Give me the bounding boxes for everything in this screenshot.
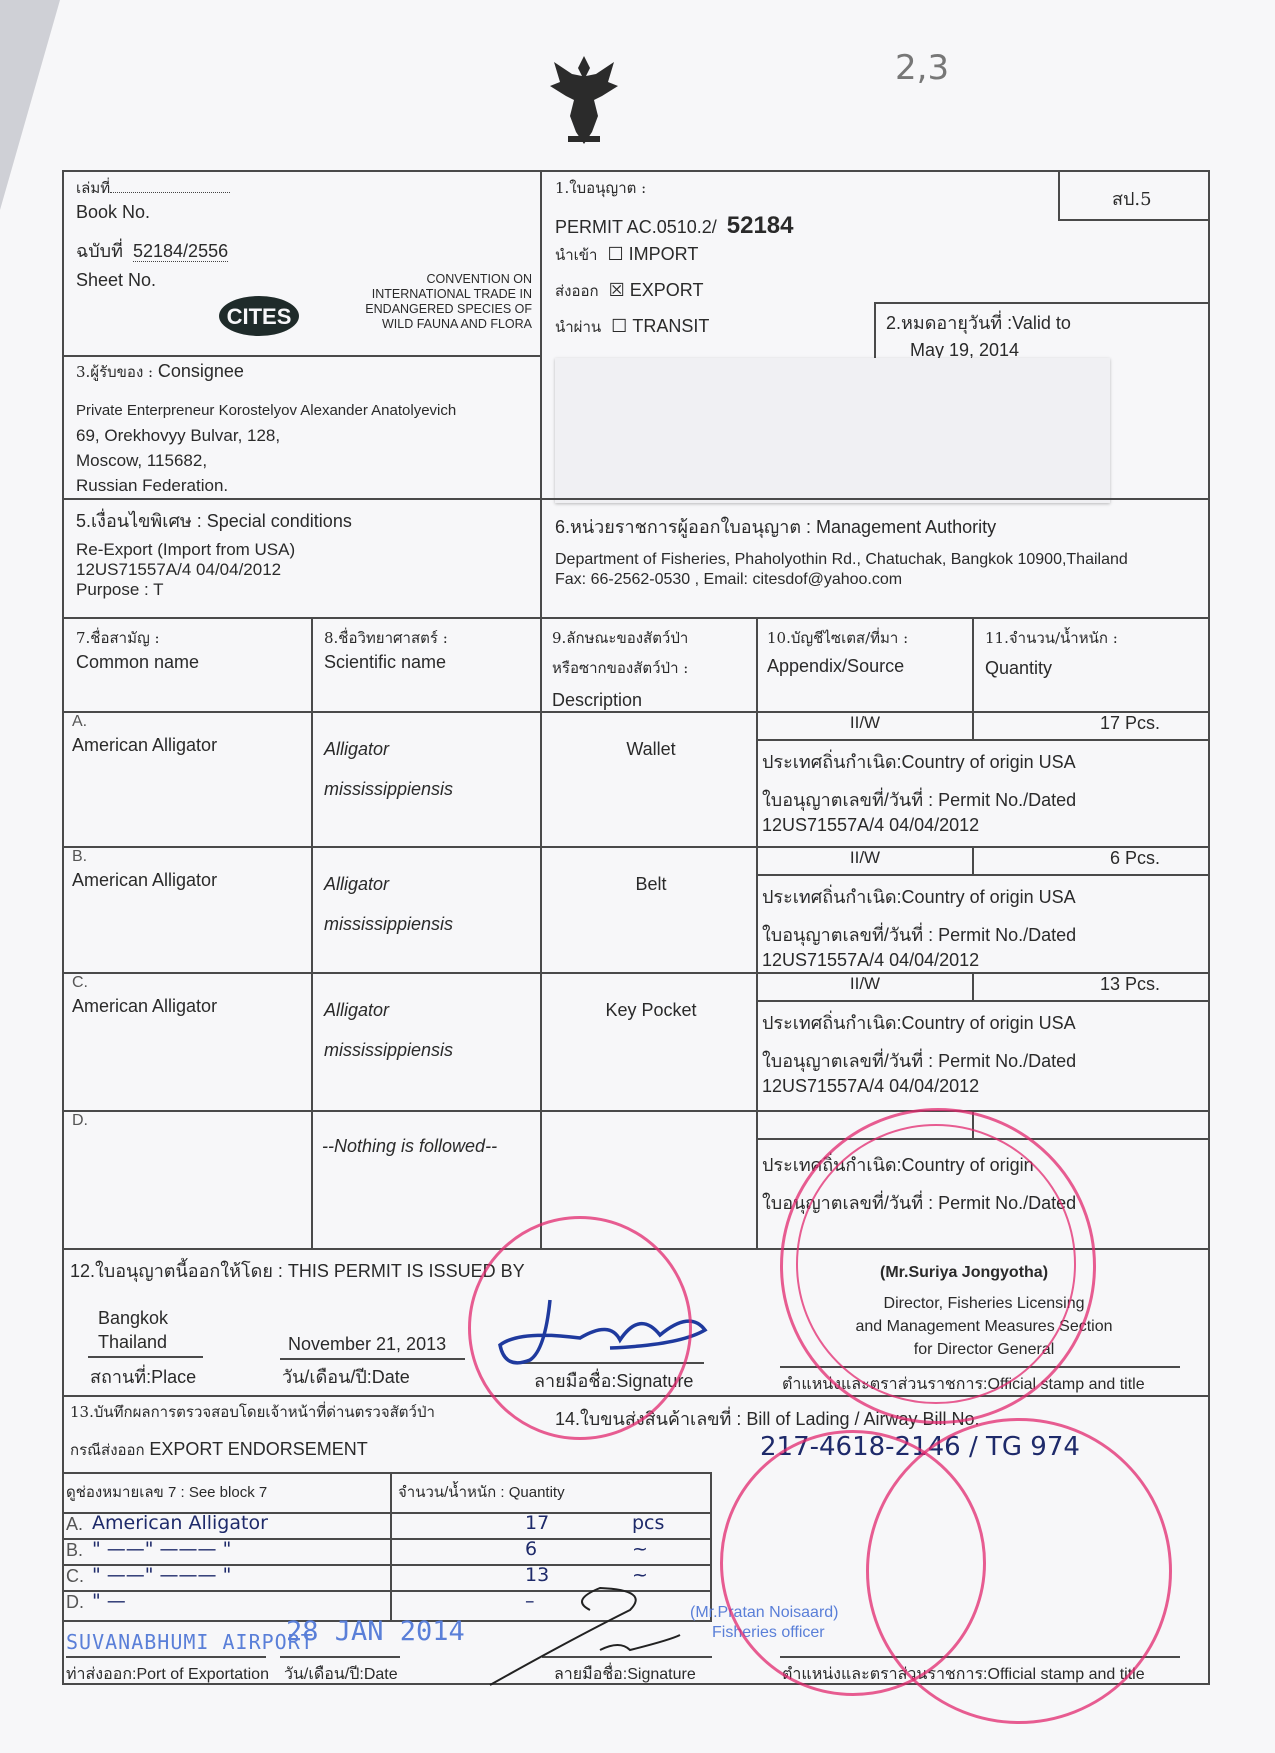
- fisheries-seal-stamp-4: [866, 1418, 1172, 1724]
- permit-dated-label: ใบอนุญาตเลขที่/วันที่ : Permit No./Dated: [762, 1046, 1076, 1075]
- special-conditions-text: Re-Export (Import from USA) 12US71557A/4…: [76, 540, 295, 600]
- option-export: ส่งออก ☒ EXPORT: [555, 279, 703, 303]
- authority-label: 6.หน่วยราชการผู้ออกใบอนุญาต : Management…: [555, 512, 996, 541]
- permit-dated-value: 12US71557A/4 04/04/2012: [762, 815, 979, 836]
- permit-label: 1.ใบอนุญาต :: [555, 176, 646, 200]
- scientific-name-genus: Alligator: [324, 874, 389, 895]
- appendix-source: II/W: [760, 848, 970, 868]
- appendix-divider: [756, 874, 1210, 876]
- header-sci-en: Scientific name: [324, 652, 446, 673]
- endo-row-letter: C.: [66, 1566, 84, 1587]
- header-qty-en: Quantity: [985, 658, 1052, 679]
- header-appendix-th: 10.บัญชีไซเตส/ที่มา :: [767, 626, 908, 650]
- qty-divider: [972, 846, 974, 874]
- sheet-number: ฉบับที่ 52184/2556: [76, 236, 228, 265]
- endorsement-label: 13.บันทึกผลการตรวจสอบโดยเจ้าหน้าที่ด่านต…: [70, 1400, 435, 1424]
- endo-row-letter: B.: [66, 1540, 83, 1561]
- port-underline: [66, 1656, 266, 1658]
- convention-text: CONVENTION ON INTERNATIONAL TRADE IN END…: [335, 272, 532, 332]
- port-stamp: SUVANABHUMI AIRPORT: [66, 1630, 314, 1654]
- col-divider-4-header: [972, 617, 974, 711]
- appendix-source: II/W: [760, 713, 970, 733]
- form-code: สป.5: [1112, 184, 1152, 213]
- book-label-th: เล่มที่: [76, 176, 230, 200]
- form-code-box-bottom: [1058, 219, 1210, 221]
- endo-top: [62, 1472, 712, 1474]
- place-underline: [88, 1356, 203, 1358]
- scientific-name-genus: Alligator: [324, 739, 389, 760]
- row-letter: A.: [72, 713, 87, 731]
- scientific-name-species: mississippiensis: [324, 914, 453, 935]
- header-common-en: Common name: [76, 652, 199, 673]
- import-checkbox: ☐: [608, 244, 624, 264]
- header-desc-th2: หรือซากของสัตว์ป่า :: [552, 656, 688, 680]
- valid-box-left: [874, 302, 876, 360]
- fisheries-seal-stamp-1: [468, 1216, 692, 1440]
- officer-signature-icon: [480, 1580, 720, 1690]
- port-label: ท่าส่งออก:Port of Exportation: [66, 1662, 269, 1687]
- sheet-label-en: Sheet No.: [76, 270, 156, 291]
- endo-col2-header: จำนวน/น้ำหนัก : Quantity: [398, 1480, 565, 1504]
- option-transit: นำผ่าน ☐ TRANSIT: [555, 315, 709, 339]
- export-date-label: วัน/เดือน/ปี:Date: [284, 1662, 398, 1687]
- issued-date: November 21, 2013: [288, 1334, 446, 1355]
- frame-right: [1208, 170, 1210, 1685]
- endo-row-item: " ——" ——— ": [92, 1538, 231, 1560]
- quantity: 13 Pcs.: [980, 974, 1160, 995]
- row-letter: C.: [72, 974, 88, 992]
- export-date-stamp: 28 JAN 2014: [286, 1616, 465, 1647]
- row-letter: B.: [72, 848, 87, 866]
- endorsement-sublabel: กรณีส่งออก EXPORT ENDORSEMENT: [70, 1438, 368, 1462]
- qty-divider: [972, 711, 974, 739]
- consignee-address: Private Enterpreneur Korostelyov Alexand…: [76, 398, 456, 498]
- endo-row-item: " ——" ——— ": [92, 1564, 231, 1586]
- endo-row-item: " —: [92, 1590, 126, 1612]
- frame-left: [62, 170, 64, 1685]
- permit-dated-label: ใบอนุญาตเลขที่/วันที่ : Permit No./Dated: [762, 920, 1076, 949]
- endo-row-unit: ~: [632, 1538, 648, 1560]
- permit-dated-value: 12US71557A/4 04/04/2012: [762, 950, 979, 971]
- book-label-en: Book No.: [76, 202, 150, 223]
- appendix-divider: [756, 739, 1210, 741]
- endo-row-letter: A.: [66, 1514, 83, 1535]
- description: Key Pocket: [556, 1000, 746, 1021]
- svg-text:CITES: CITES: [227, 304, 292, 329]
- description: Wallet: [556, 739, 746, 760]
- country-of-origin: ประเทศถิ่นกำเนิด:Country of origin USA: [762, 882, 1076, 911]
- consignee-label: 3.ผู้รับของ : Consignee: [76, 360, 244, 384]
- transit-checkbox: ☐: [611, 316, 627, 336]
- quantity: 17 Pcs.: [980, 713, 1160, 734]
- permit-number: PERMIT AC.0510.2/ 52184: [555, 212, 794, 240]
- header-desc-th: 9.ลักษณะของสัตว์ป่า: [552, 626, 688, 650]
- export-date-underline: [280, 1656, 400, 1658]
- special-conditions-label: 5.เงื่อนไขพิเศษ : Special conditions: [76, 506, 352, 535]
- qty-divider: [972, 972, 974, 1000]
- header-common-th: 7.ชื่อสามัญ :: [76, 626, 160, 650]
- header-desc-en: Description: [552, 690, 642, 711]
- quantity: 6 Pcs.: [980, 848, 1160, 869]
- frame-top: [62, 170, 1210, 172]
- header-qty-th: 11.จำนวน/น้ำหนัก :: [985, 626, 1118, 650]
- header-sci-th: 8.ชื่อวิทยาศาสตร์ :: [324, 626, 448, 650]
- endo-row-unit: pcs: [632, 1512, 664, 1534]
- endo-col1-header: ดูช่องหมายเลข 7 : See block 7: [66, 1480, 267, 1504]
- appendix-source: II/W: [760, 974, 970, 994]
- issued-place: Bangkok Thailand: [98, 1306, 168, 1354]
- date-underline: [280, 1358, 465, 1360]
- endo-mid: [390, 1472, 392, 1622]
- garuda-emblem-icon: [548, 52, 620, 148]
- divider-mid: [540, 170, 542, 1248]
- scientific-name-species: mississippiensis: [324, 1040, 453, 1061]
- row-divider: [62, 1110, 1210, 1112]
- endo-row-letter: D.: [66, 1592, 84, 1613]
- nothing-followed: --Nothing is followed--: [322, 1136, 497, 1157]
- divider-consignee-top: [62, 355, 540, 357]
- permit-document: 2,3 สป.5 เล่มที่ Book No. ฉบับที่ 52184/…: [0, 0, 1275, 1753]
- divider-table-top: [62, 617, 1210, 619]
- appendix-divider: [756, 1000, 1210, 1002]
- date-label: วัน/เดือน/ปี:Date: [282, 1362, 410, 1391]
- endo-row-item: American Alligator: [92, 1512, 268, 1534]
- scientific-name-species: mississippiensis: [324, 779, 453, 800]
- export-checkbox: ☒: [609, 280, 625, 300]
- row-letter: D.: [72, 1112, 88, 1130]
- description: Belt: [556, 874, 746, 895]
- valid-to-label: 2.หมดอายุวันที่ :Valid to: [886, 308, 1071, 337]
- common-name: American Alligator: [72, 870, 217, 891]
- valid-box-top: [874, 302, 1210, 304]
- divider-special-top: [62, 498, 1210, 500]
- country-of-origin: ประเทศถิ่นกำเนิด:Country of origin USA: [762, 747, 1076, 776]
- permit-dated-value: 12US71557A/4 04/04/2012: [762, 1076, 979, 1097]
- cites-logo-icon: CITES: [215, 288, 303, 338]
- scientific-name-genus: Alligator: [324, 1000, 389, 1021]
- endo-row-qty: 6: [525, 1538, 537, 1560]
- permit-dated-label: ใบอนุญาตเลขที่/วันที่ : Permit No./Dated: [762, 785, 1076, 814]
- header-appendix-en: Appendix/Source: [767, 656, 904, 677]
- common-name: American Alligator: [72, 735, 217, 756]
- fisheries-seal-stamp-2-inner: [796, 1124, 1076, 1404]
- folded-corner: [0, 0, 60, 210]
- authority-address: Department of Fisheries, Phaholyothin Rd…: [555, 550, 1128, 590]
- issued-by-label: 12.ใบอนุญาตนี้ออกให้โดย : THIS PERMIT IS…: [70, 1256, 525, 1285]
- handwritten-note: 2,3: [895, 48, 949, 88]
- endo-row-qty: 17: [525, 1512, 549, 1534]
- common-name: American Alligator: [72, 996, 217, 1017]
- option-import: นำเข้า ☐ IMPORT: [555, 243, 698, 267]
- form-code-box-left: [1058, 170, 1060, 220]
- country-of-origin: ประเทศถิ่นกำเนิด:Country of origin USA: [762, 1008, 1076, 1037]
- place-label: สถานที่:Place: [90, 1362, 196, 1391]
- redacted-area: [555, 358, 1110, 503]
